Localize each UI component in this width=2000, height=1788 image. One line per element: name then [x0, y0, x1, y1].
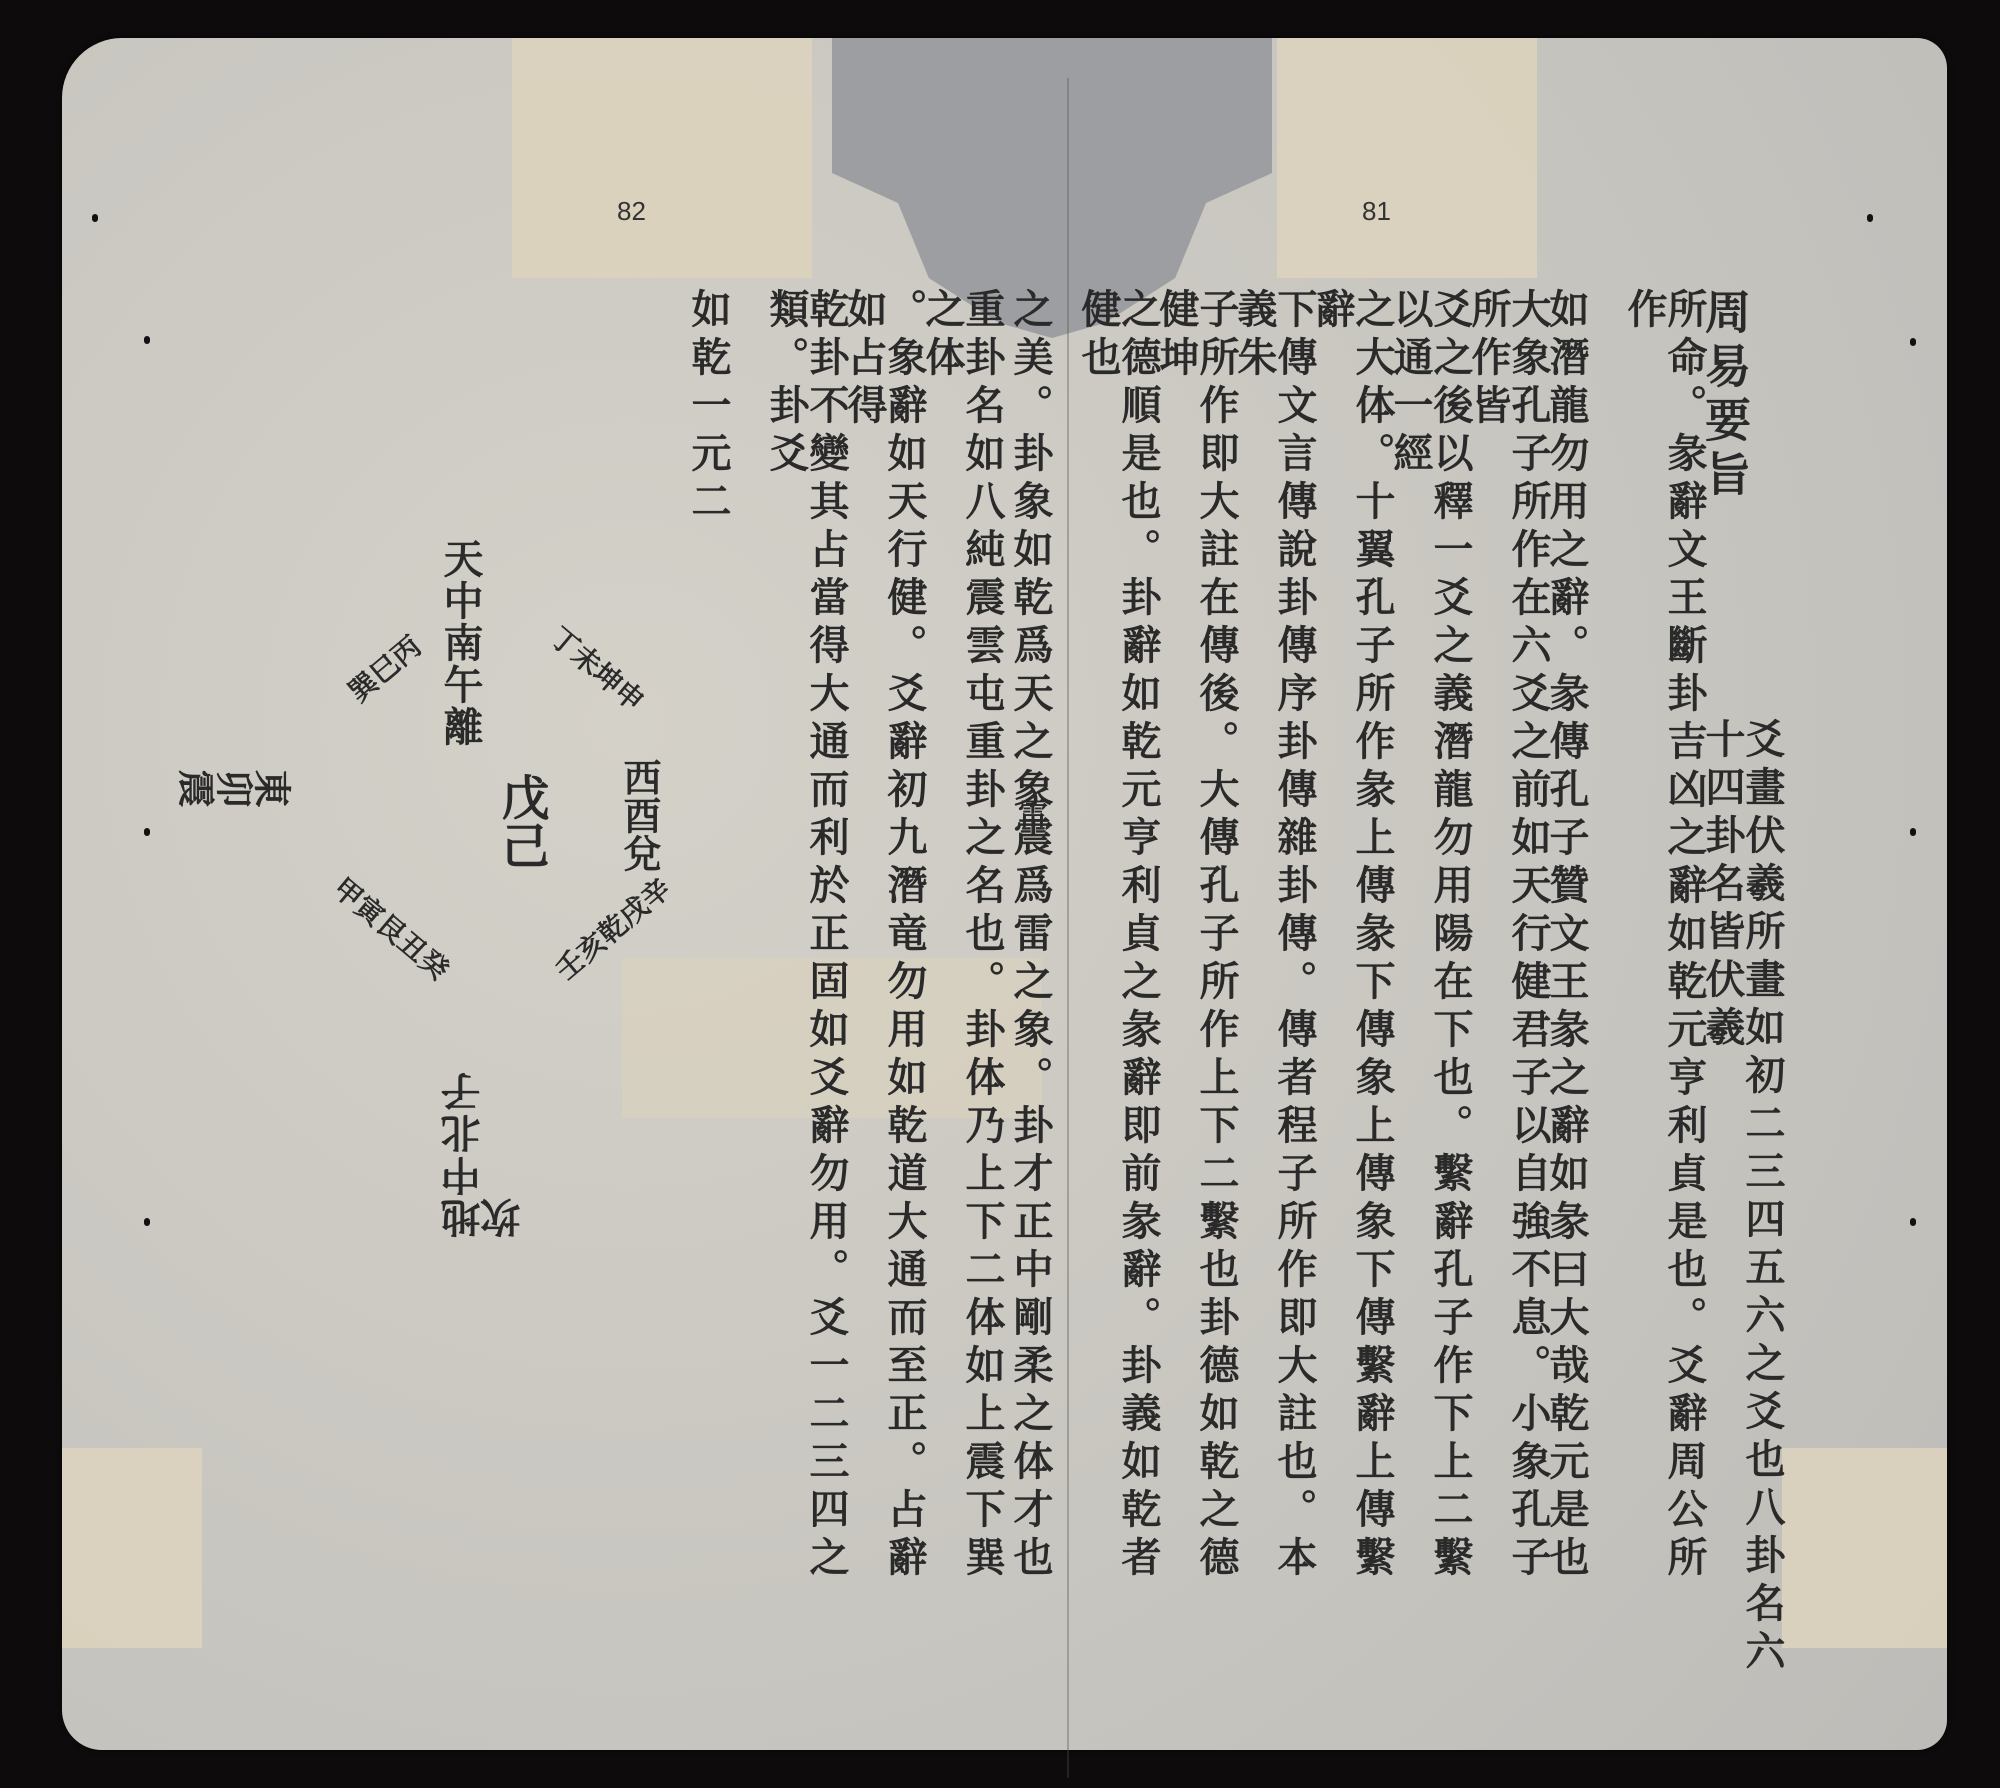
paper-repair-patch [1277, 38, 1537, 278]
text-column: 乾卦不變其占當得大通而利於正固如爻辭勿用。爻一二三四之類。卦爻 [766, 288, 846, 1608]
binding-hole [1867, 214, 1873, 222]
diagram-bottom: 地中北子坎 [444, 1048, 524, 1238]
diagram-ring-upper-right: 丁未坤申 [542, 617, 654, 720]
page-number-left: 82 [617, 196, 646, 227]
page-number-right: 81 [1362, 196, 1391, 227]
text-column: 下傳文言傳說卦傳序卦傳雜卦傳。傳者程子所作即大註也。本義朱 [1234, 288, 1314, 1608]
text-column: 重卦名如八純震雲屯重卦之名也。卦体乃上下二体如上震下巽之体 [922, 288, 1002, 1608]
binding-hole [144, 1218, 150, 1226]
binding-hole [92, 214, 98, 222]
text-column: 爻之後以釋一爻之義潛龍勿用陽在下也。繫辭孔子作下上二繫以通一經 [1390, 288, 1470, 1608]
binding-hole [1910, 338, 1916, 346]
binding-hole [144, 336, 150, 344]
text-column: 之德順是也。卦辭如乾元亨利貞之彖辭即前彖辭。卦義如乾者健也 [1078, 288, 1158, 1608]
diagram-right: 西酉兌 [612, 758, 667, 872]
paper-repair-patch [512, 38, 812, 278]
text-column: 之大体。十翼孔子所作彖上傳彖下傳象上傳象下傳繫辭上傳繫辭 [1312, 288, 1392, 1608]
text-column: 大象孔子所作在六爻之前如天行健君子以自強不息。小象孔子所作皆 [1468, 288, 1548, 1608]
paper-repair-patch [62, 1448, 202, 1648]
center-fold [1067, 78, 1069, 1778]
text-column: 。象辭如天行健。爻辭初九潛竜勿用如乾道大通而至正。占辭如占得 [844, 288, 924, 1608]
right-page-title: 周易要旨 [1702, 288, 1748, 504]
text-column: 如潛龍勿用之辭。彖傳孔子贊文王彖之辭如彖曰大哉乾元是也 [1546, 288, 1586, 1608]
binding-hole [144, 828, 150, 836]
diagram-left: 東卯震 [178, 758, 292, 813]
text-column: 爻畫伏羲所畫如初二三四五六之爻也八卦名六十四卦名皆伏羲 [1702, 718, 1782, 1678]
diagram-top: 天中南午離 [440, 538, 480, 748]
binding-hole [1910, 828, 1916, 836]
text-column: 所命。彖辭文王斷卦吉凶之辭如乾元亨利貞是也。爻辭周公所作 [1624, 288, 1704, 1608]
text-column: 子所作即大註在傳後。大傳孔子所作上下二繫也卦德如乾之德健坤 [1156, 288, 1236, 1608]
diagram-center: 戊己 [487, 773, 556, 869]
direction-diagram: 天中南午離 地中北子坎 東卯震 西酉兌 戊己 巽巳丙 丁未坤申 甲寅艮丑癸 壬亥… [282, 538, 742, 1238]
diagram-ring-lower-left: 甲寅艮丑癸 [326, 868, 459, 989]
manuscript-sheet: 82 81 周易要旨 爻畫伏羲所畫如初二三四五六之爻也八卦名六十四卦名皆伏羲 所… [62, 38, 1947, 1750]
diagram-ring-lower-right: 壬亥乾戌辛 [546, 868, 679, 989]
paper-repair-patch [1782, 1448, 1947, 1648]
diagram-ring-upper-left: 巽巳丙 [339, 626, 429, 711]
interlinear-note: 雷 [1014, 798, 1044, 830]
binding-hole [1910, 1218, 1916, 1226]
text-column: 之美。卦象如乾爲天之象震爲雷之象。卦才正中剛柔之体才也 [1010, 288, 1050, 1608]
